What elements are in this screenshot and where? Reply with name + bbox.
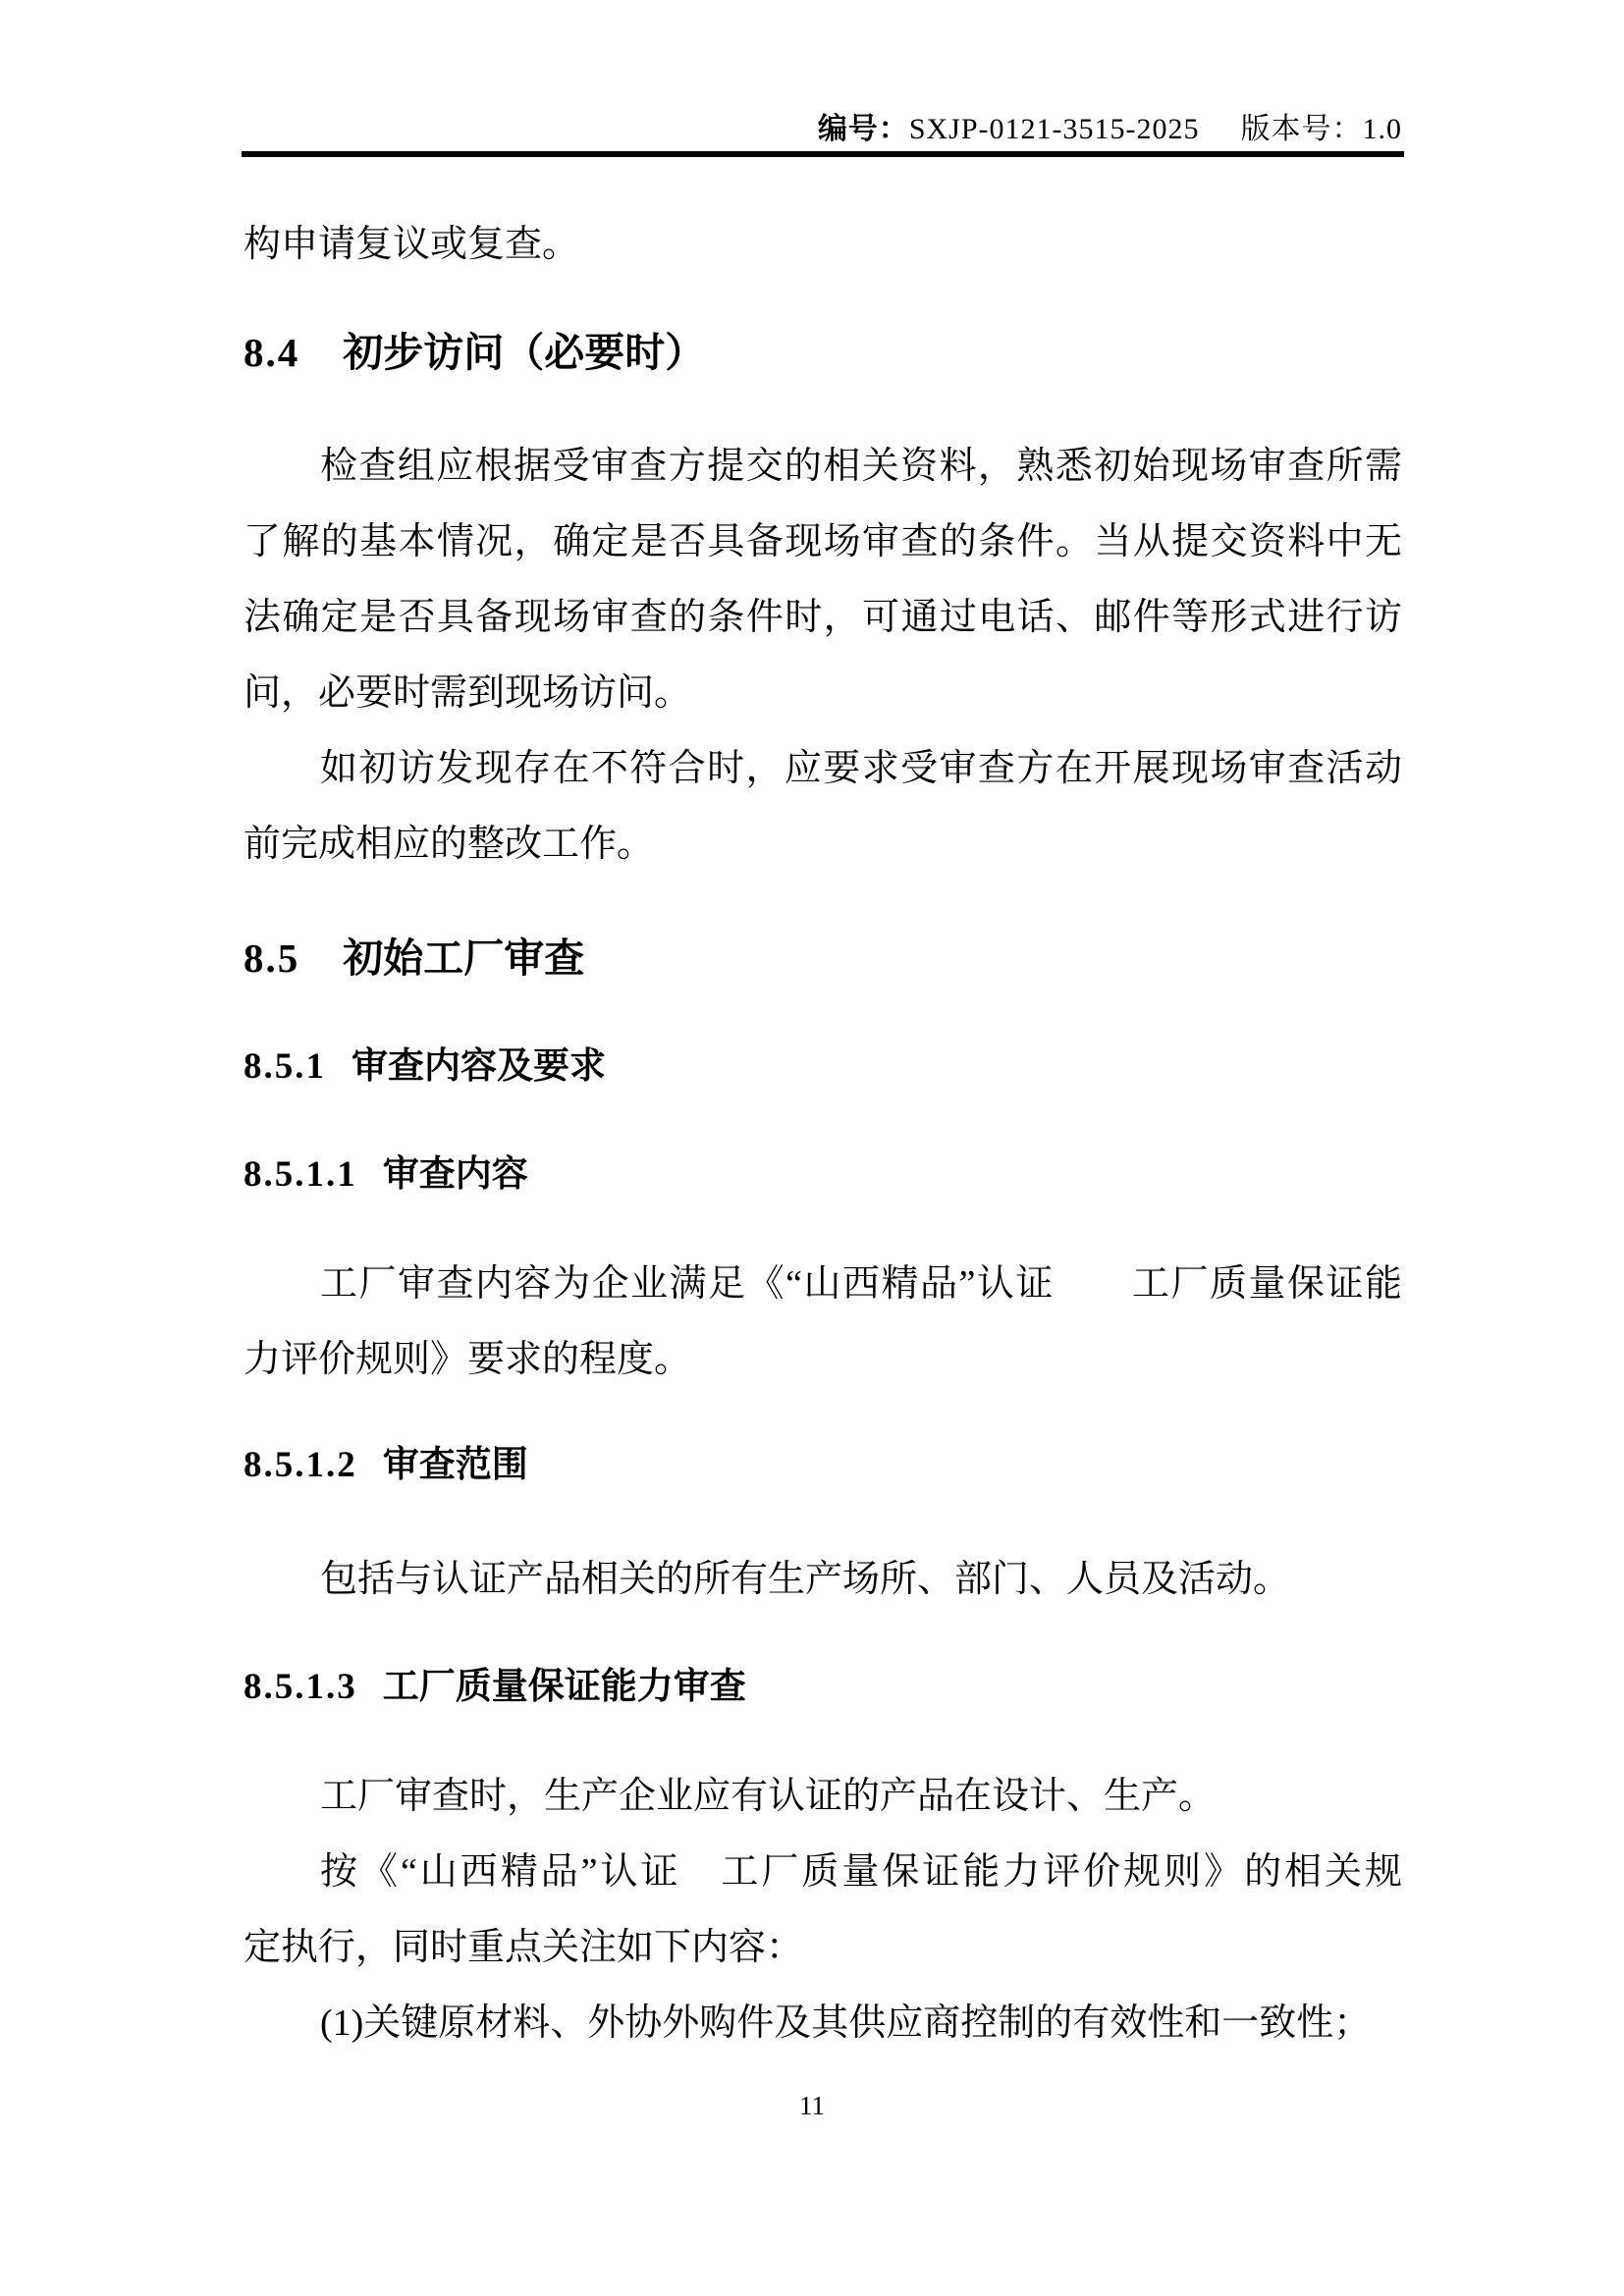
paragraph-line: 了解的基本情况，确定是否具备现场审查的条件。当从提交资料中无 <box>244 519 1402 564</box>
section-title: 初步访问（必要时） <box>343 330 705 375</box>
list-item-line: (1)关键原材料、外协外购件及其供应商控制的有效性和一致性； <box>244 2001 1402 2046</box>
section-title: 工厂质量保证能力审查 <box>383 1667 746 1707</box>
section-title: 初始工厂审查 <box>343 935 584 981</box>
section-number: 8.5 <box>244 935 299 981</box>
paragraph-line: 包括与认证产品相关的所有生产场所、部门、人员及活动。 <box>244 1557 1402 1602</box>
paragraph-continuation-line: 构申请复议或复查。 <box>244 222 1402 267</box>
section-heading-8-5-1-3: 8.5.1.3工厂质量保证能力审查 <box>244 1665 1402 1710</box>
document-page: 编号：SXJP-0121-3515-2025版本号：1.0 构申请复议或复查。 … <box>0 0 1624 2296</box>
section-number: 8.4 <box>244 330 299 375</box>
paragraph-line: 按《“山西精品”认证 工厂质量保证能力评价规则》的相关规 <box>244 1849 1402 1895</box>
section-heading-8-5: 8.5初始工厂审查 <box>244 934 1402 983</box>
doc-number-value: SXJP-0121-3515-2025 <box>909 113 1200 145</box>
section-number: 8.5.1.3 <box>244 1667 357 1707</box>
section-number: 8.5.1.2 <box>244 1445 357 1485</box>
section-heading-8-5-1: 8.5.1审查内容及要求 <box>244 1044 1402 1090</box>
paragraph-line: 检查组应根据受审查方提交的相关资料，熟悉初始现场审查所需 <box>244 444 1402 489</box>
section-heading-8-5-1-1: 8.5.1.1审查内容 <box>244 1152 1402 1198</box>
header-divider-line <box>242 151 1404 157</box>
page-number: 11 <box>0 2091 1624 2121</box>
section-title: 审查范围 <box>383 1445 528 1485</box>
section-title: 审查内容 <box>383 1154 528 1195</box>
section-number: 8.5.1 <box>244 1046 326 1087</box>
paragraph-line: 问，必要时需到现场访问。 <box>244 670 1402 716</box>
doc-number-label: 编号： <box>818 113 909 145</box>
paragraph-line: 定执行，同时重点关注如下内容： <box>244 1925 1402 1970</box>
version-label: 版本号： <box>1241 113 1363 145</box>
paragraph-line: 力评价规则》要求的程度。 <box>244 1337 1402 1382</box>
section-title: 审查内容及要求 <box>352 1046 606 1087</box>
section-number: 8.5.1.1 <box>244 1154 357 1195</box>
paragraph-line: 工厂审查时，生产企业应有认证的产品在设计、生产。 <box>244 1774 1402 1819</box>
version-value: 1.0 <box>1363 113 1403 145</box>
paragraph-line: 前完成相应的整改工作。 <box>244 822 1402 867</box>
section-heading-8-4: 8.4初步访问（必要时） <box>244 328 1402 377</box>
paragraph-line: 工厂审查内容为企业满足《“山西精品”认证 工厂质量保证能 <box>244 1261 1402 1307</box>
document-header: 编号：SXJP-0121-3515-2025版本号：1.0 <box>244 112 1402 147</box>
paragraph-line: 如初访发现存在不符合时，应要求受审查方在开展现场审查活动 <box>244 746 1402 791</box>
paragraph-line: 法确定是否具备现场审查的条件时，可通过电话、邮件等形式进行访 <box>244 595 1402 640</box>
section-heading-8-5-1-2: 8.5.1.2审查范围 <box>244 1443 1402 1488</box>
